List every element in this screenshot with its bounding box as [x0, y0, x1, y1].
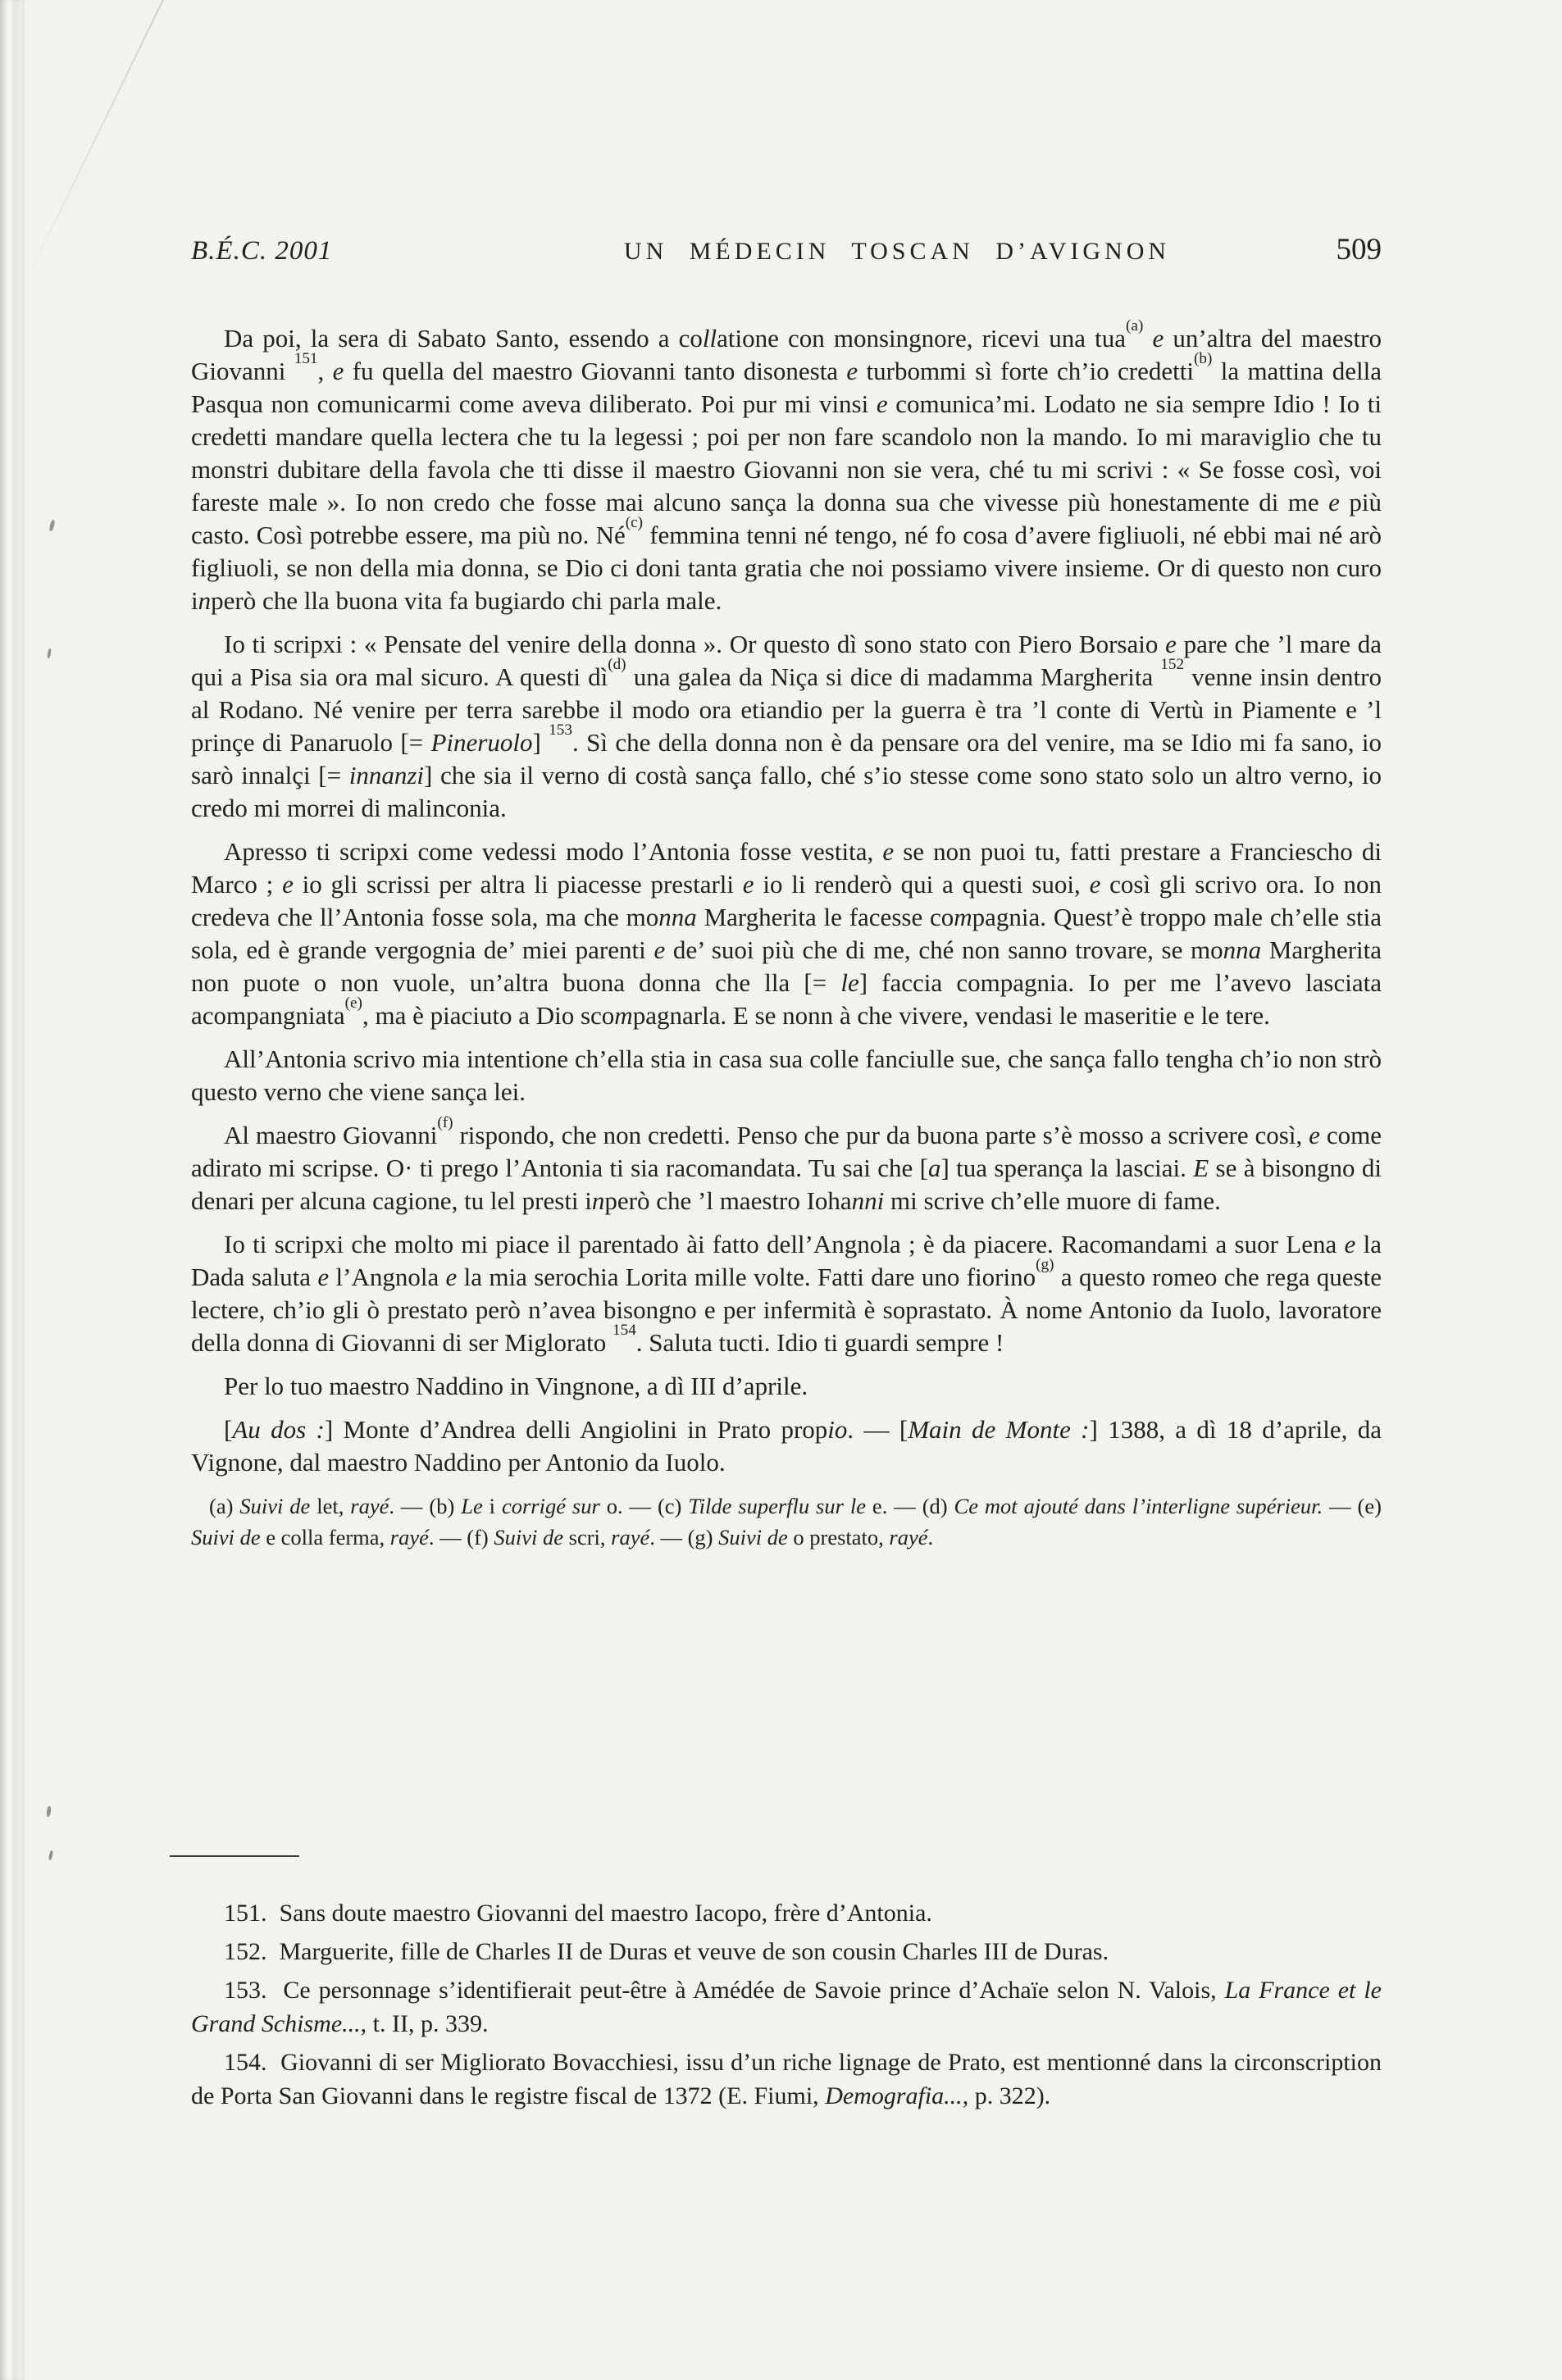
scan-artifact	[47, 648, 52, 659]
letter-transcription: Da poi, la sera di Sabato Santo, essendo…	[191, 322, 1382, 1553]
footnote-152: 152. Marguerite, fille de Charles II de …	[191, 1935, 1382, 1968]
scan-artifact	[46, 1806, 52, 1818]
letter-address-line: [Au dos :] Monte d’Andrea delli Angiolin…	[191, 1413, 1382, 1479]
paper-crease	[19, 0, 171, 294]
footnote-separator-rule	[170, 1855, 299, 1857]
letter-paragraph-4: All’Antonia scrivo mia intentione ch’ell…	[191, 1043, 1382, 1108]
journal-abbreviation: B.É.C. 2001	[191, 236, 519, 266]
footnote-154: 154. Giovanni di ser Migliorato Bovacchi…	[191, 2046, 1382, 2113]
footnotes: 151. Sans doute maestro Giovanni del mae…	[191, 1896, 1382, 2118]
running-title: UN MÉDECIN TOSCAN D’AVIGNON	[519, 238, 1275, 266]
letter-paragraph-5: Al maestro Giovanni(f) rispondo, che non…	[191, 1119, 1382, 1217]
page-number: 509	[1275, 232, 1382, 267]
letter-paragraph-6: Io ti scripxi che molto mi piace il pare…	[191, 1228, 1382, 1359]
letter-signature-line: Per lo tuo maestro Naddino in Vingnone, …	[191, 1370, 1382, 1403]
critical-apparatus: (a) Suivi de let, rayé. — (b) Le i corri…	[191, 1490, 1382, 1553]
torn-page-edge	[0, 0, 25, 2380]
letter-paragraph-3: Apresso ti scripxi come vedessi modo l’A…	[191, 835, 1382, 1032]
running-head: B.É.C. 2001 UN MÉDECIN TOSCAN D’AVIGNON …	[191, 232, 1382, 267]
scan-artifact	[48, 520, 55, 532]
footnote-151: 151. Sans doute maestro Giovanni del mae…	[191, 1896, 1382, 1930]
scan-artifact	[48, 1850, 53, 1861]
letter-paragraph-1: Da poi, la sera di Sabato Santo, essendo…	[191, 322, 1382, 617]
letter-paragraph-2: Io ti scripxi : « Pensate del venire del…	[191, 628, 1382, 825]
scanned-journal-page: B.É.C. 2001 UN MÉDECIN TOSCAN D’AVIGNON …	[0, 0, 1562, 2380]
footnote-153: 153. Ce personnage s’identifierait peut-…	[191, 1973, 1382, 2041]
